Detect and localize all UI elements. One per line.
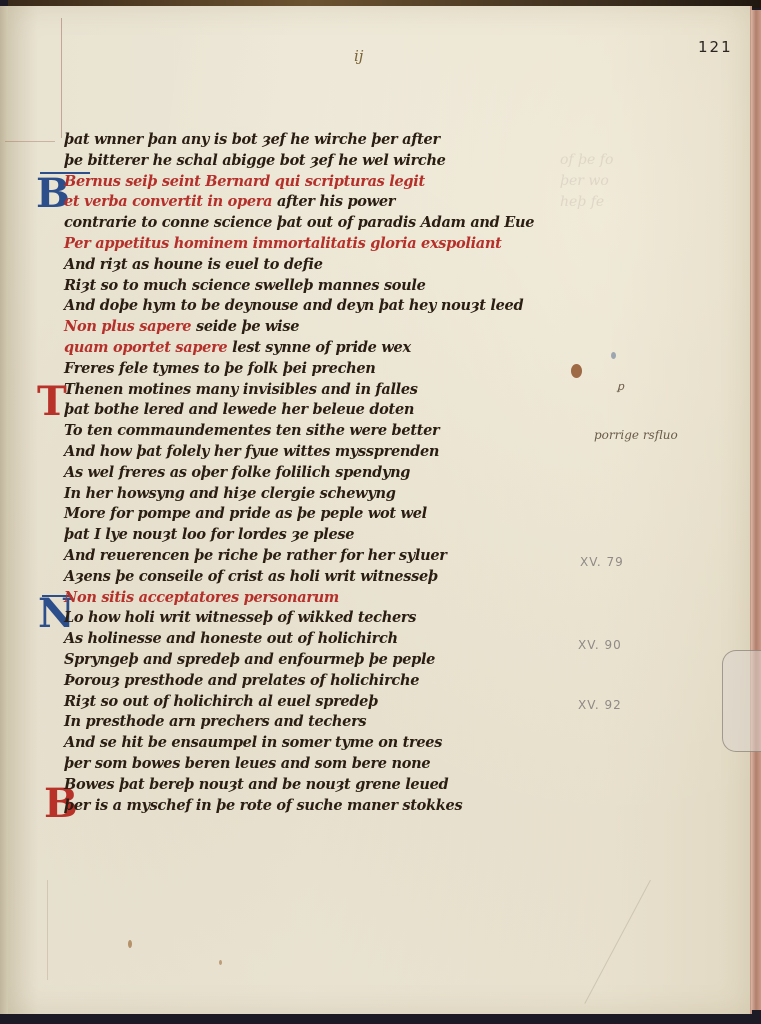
text-line-8: Riȝt so to much science swelleþ mannes s… xyxy=(64,276,624,297)
text-line-25: As holinesse and honeste out of holichir… xyxy=(64,629,624,650)
text-line-5: contrarie to conne science þat out of pa… xyxy=(64,213,624,234)
text-line-22: Aȝens þe conseile of crist as holi writ … xyxy=(64,567,624,588)
text-line-11: quam oportet sapere lest synne of pride … xyxy=(64,338,624,359)
pencil-reference-1: XV. 79 xyxy=(580,555,624,569)
bookmark-tab[interactable] xyxy=(722,650,761,752)
ruling-line-vertical xyxy=(61,18,62,138)
page-fore-edge xyxy=(751,10,761,1010)
text-line-20: þat I lye nouȝt loo for lordes ȝe plese xyxy=(64,525,624,546)
pencil-reference-2: XV. 90 xyxy=(578,638,622,652)
text-line-1: þat wnner þan any is bot ȝef he wirche þ… xyxy=(64,130,624,151)
text-line-6: Per appetitus hominem immortalitatis glo… xyxy=(64,234,624,255)
text-line-19: More for pompe and pride as þe peple wot… xyxy=(64,504,624,525)
text-line-9: And doþe hym to be deynouse and deyn þat… xyxy=(64,296,624,317)
text-line-29: In presthode arn prechers and techers xyxy=(64,712,624,733)
text-line-16: And how þat folely her fyue wittes myssp… xyxy=(64,442,624,463)
text-line-13: Thenen motines many invisibles and in fa… xyxy=(64,380,624,401)
text-line-4: et verba convertit in opera after his po… xyxy=(64,192,624,213)
foxing-spot xyxy=(128,940,132,948)
text-line-28: Riȝt so out of holichirch al euel sprede… xyxy=(64,692,624,713)
text-line-2: þe bitterer he schal abigge bot ȝef he w… xyxy=(64,151,624,172)
text-line-30: And se hit be ensaumpel in somer tyme on… xyxy=(64,733,624,754)
text-line-12: Freres fele tymes to þe folk þei prechen xyxy=(64,359,624,380)
blue-speck xyxy=(611,352,616,359)
text-line-10: Non plus sapere seide þe wise xyxy=(64,317,624,338)
margin-annotation: porrige rsfluo xyxy=(594,428,678,442)
text-line-14: þat bothe lered and lewede her beleue do… xyxy=(64,400,624,421)
text-line-18: In her howsyng and hiȝe clergie schewyng xyxy=(64,484,624,505)
text-line-24: Lo how holi writ witnesseþ of wikked tec… xyxy=(64,608,624,629)
text-line-33: þer is a myschef in þe rote of suche man… xyxy=(64,796,624,817)
ruling-line-vertical-lower xyxy=(47,880,48,980)
text-line-26: Spryngeþ and spredeþ and enfourmeþ þe pe… xyxy=(64,650,624,671)
text-line-7: And riȝt as houne is euel to defie xyxy=(64,255,624,276)
text-line-17: As wel freres as oþer folke folilich spe… xyxy=(64,463,624,484)
text-line-27: Þorouȝ presthode and prelates of holichi… xyxy=(64,671,624,692)
text-line-31: þer som bowes beren leues and som bere n… xyxy=(64,754,624,775)
pencil-reference-3: XV. 92 xyxy=(578,698,622,712)
margin-mark-pe: ꝑ xyxy=(617,380,624,393)
foxing-spot xyxy=(219,960,222,965)
folio-number: 121 xyxy=(698,38,733,56)
initial-red-t: T xyxy=(37,382,67,422)
main-text-column: þat wnner þan any is bot ȝef he wirche þ… xyxy=(64,130,624,816)
text-line-15: To ten commaundementes ten sithe were be… xyxy=(64,421,624,442)
text-line-23: Non sitis acceptatores personarum xyxy=(64,588,624,609)
ink-stain xyxy=(571,364,582,378)
ruling-line-horizontal xyxy=(5,141,55,142)
text-line-3: Bernus seiþ seint Bernard qui scripturas… xyxy=(64,172,624,193)
text-line-32: Bowes þat bereþ nouȝt and be nouȝt grene… xyxy=(64,775,624,796)
text-line-21: And reuerencen þe riche þe rather for he… xyxy=(64,546,624,567)
quire-mark: ij xyxy=(354,47,363,65)
